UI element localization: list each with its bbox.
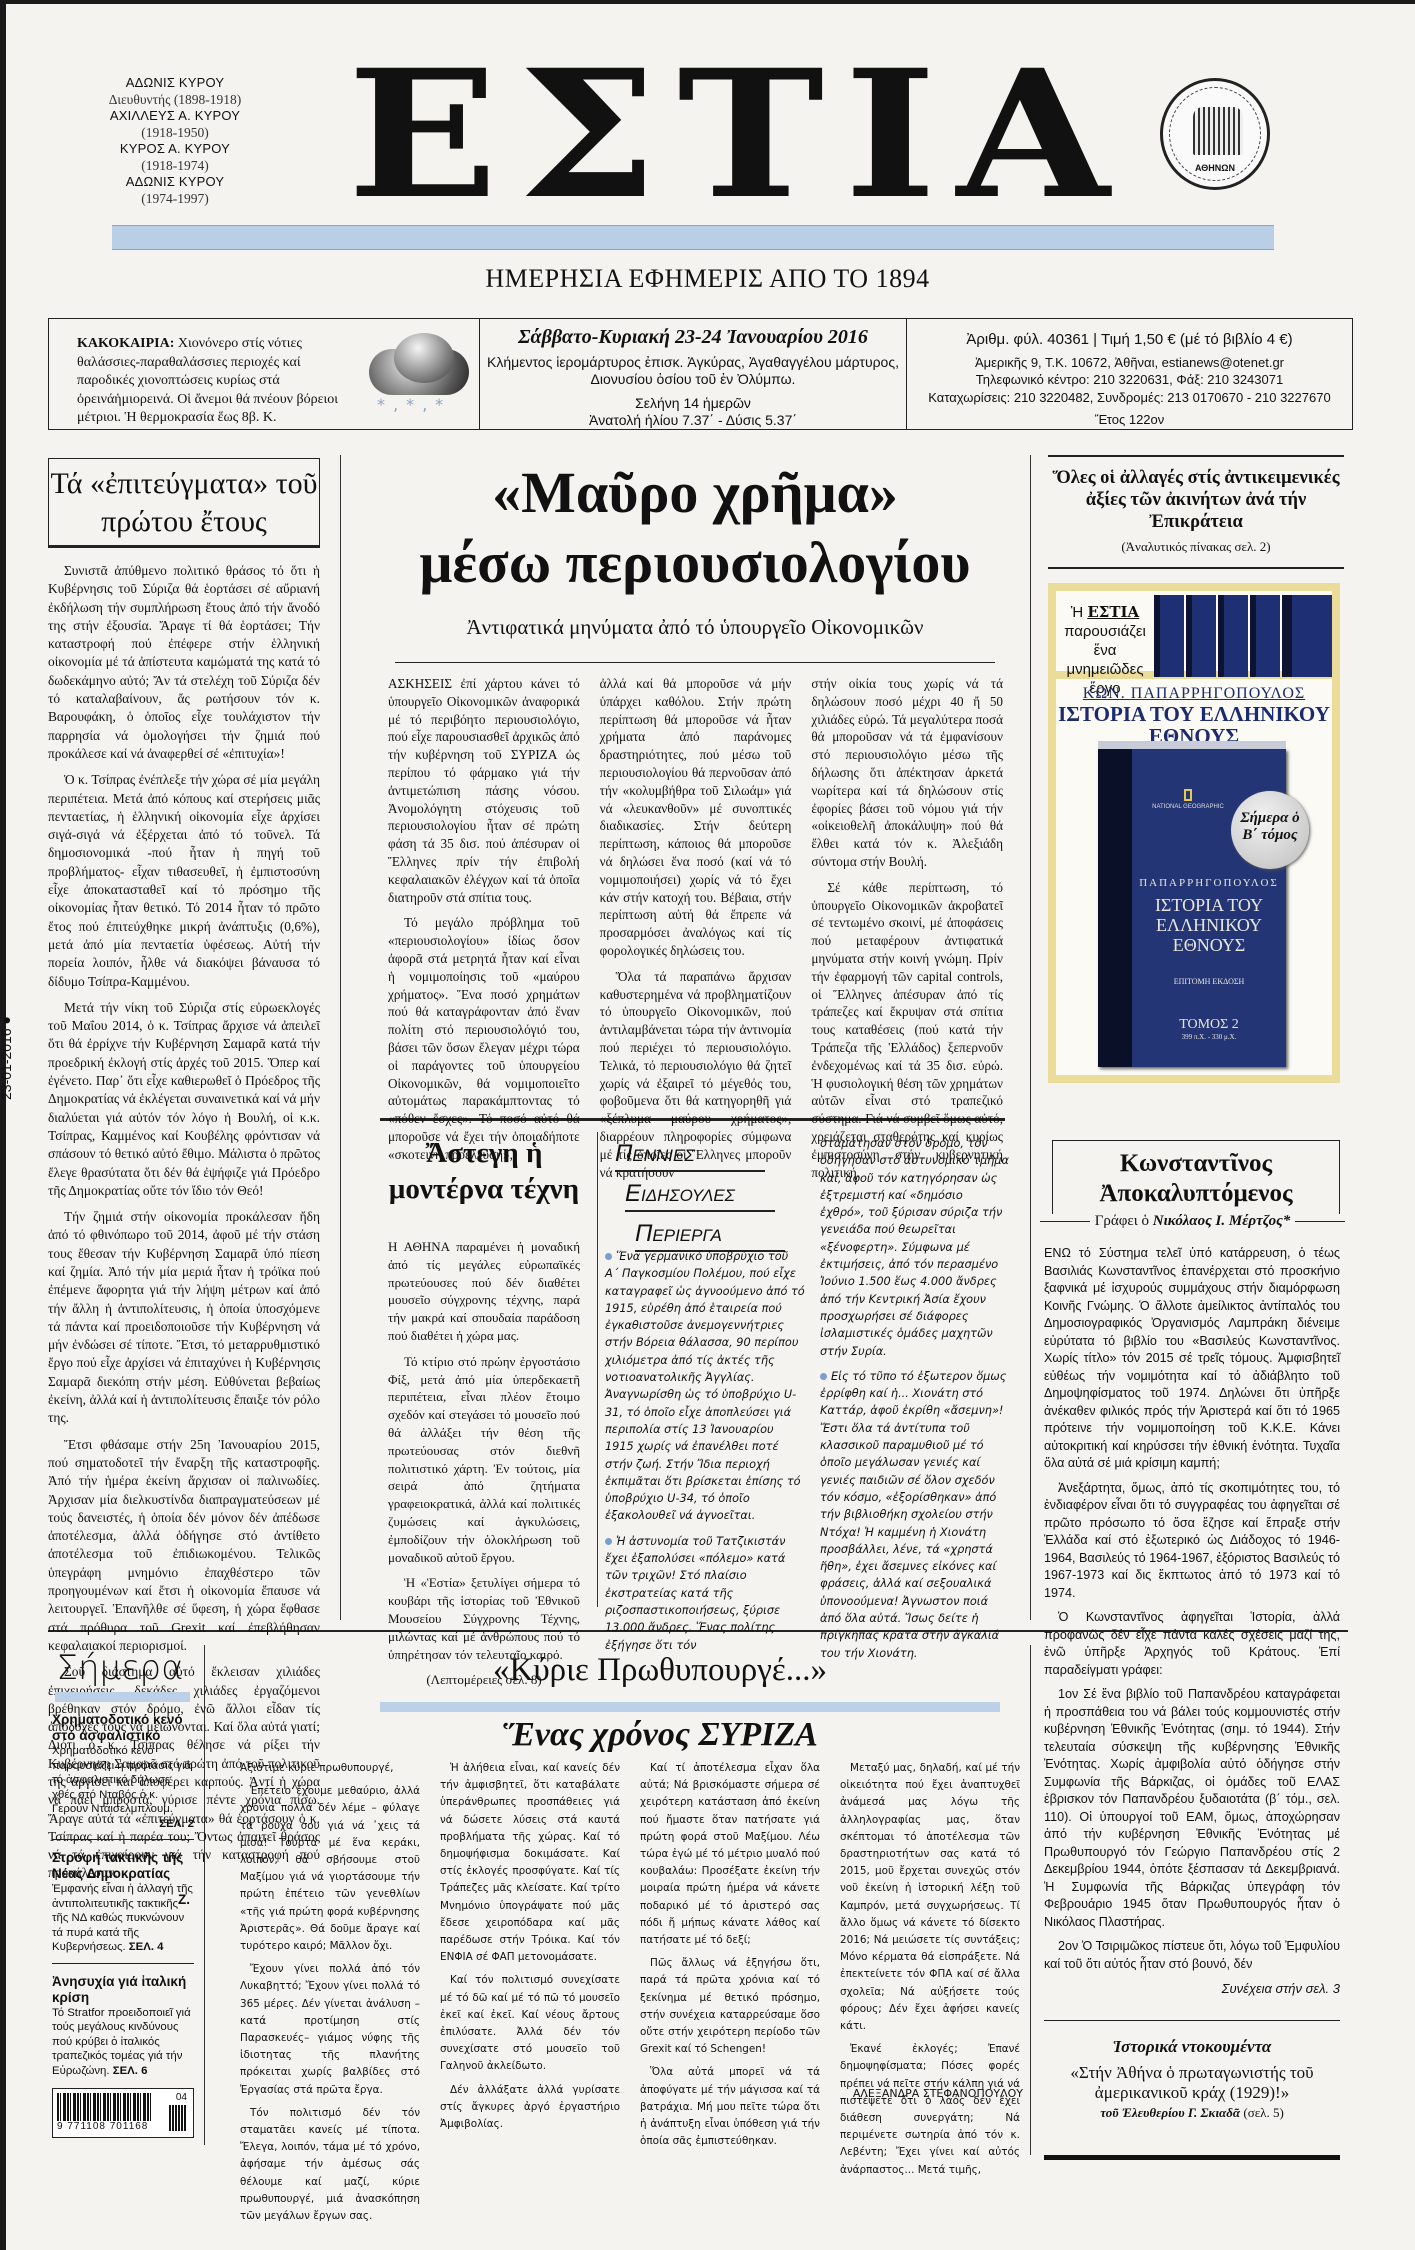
saints-of-day: Κλήμεντος ἱερομάρτυρος ἐπισκ. Ἀγκύρας, Ἀ… <box>480 354 906 388</box>
today-item-page: ΣΕΛ. 4 <box>129 1941 164 1953</box>
today-item-text: Ἐμφανής εἶναι ἡ ἀλλαγή τῆς ἀντιπολιτευτι… <box>52 1883 193 1953</box>
paragraph: Ἐπέτειο ἔχουμε μεθαύριο, ἀλλά χρόνια πολ… <box>240 1783 420 1955</box>
paragraph: 2ον Ὁ Τσιριμῶκος πίστευε ὅτι, λόγω τοῦ Ἐ… <box>1044 1938 1340 1973</box>
paragraph: Τό μεγάλο πρόβλημα τοῦ «περιουσιολογίου»… <box>388 914 580 1163</box>
short-news-header-line: Πεννιες <box>615 1138 765 1172</box>
founder-years: (1918-1950) <box>100 125 250 142</box>
publication-box: Ἀριθμ. φύλ. 40361 | Τιμή 1,50 € (μέ τό β… <box>907 319 1352 429</box>
lead-column: στήν οἰκία τους χωρίς νά τά δηλώσουν ποσ… <box>811 675 1003 1189</box>
historical-label: Ἱστορικά ντοκουμέντα <box>1044 2037 1340 2057</box>
paragraph: Μεταξύ μας, δηλαδή, καί μέ τήν οἰκειότητ… <box>840 1760 1020 2035</box>
promo-brand: ΕΣΤΙΑ <box>1087 603 1139 621</box>
byline-pre: Γράφει ὁ <box>1095 1213 1149 1229</box>
opinion-body: ΕΝΩ τό Σύστημα τελεῖ ὑπό κατάρρευση, ὁ τ… <box>1044 1245 1340 1998</box>
weather-text: ΚΑΚΟΚΑΙΡΙΑ: Χιονόνερο στίς νότιες θαλάσσ… <box>77 335 347 419</box>
volume-number: ΤΟΜΟΣ 2 <box>1179 1017 1239 1032</box>
founder-years: (1974-1997) <box>100 191 250 208</box>
paragraph: ΑΣΚΗΣΕΙΣ ἐπί χάρτου κάνει τό ὑπουργεῖο Ο… <box>388 675 580 906</box>
date-box: Σάββατο-Κυριακή 23-24 Ἰανουαρίου 2016 Κλ… <box>479 319 907 429</box>
paragraph: στήν οἰκία τους χωρίς νά τά δηλώσουν ποσ… <box>811 675 1003 871</box>
paragraph: Τήν ζημιά στήν οἰκονομία προκάλεσαν ἤδη … <box>48 1208 320 1428</box>
paragraph: Ὁ κ. Τσίπρας ἐνέπλεξε τήν χώρα σέ μία με… <box>48 771 320 991</box>
paragraph: Καί τί ἀποτέλεσμα εἶχαν ὅλα αὐτά; Νά βρι… <box>640 1760 820 1949</box>
sun-times: Ἀνατολή ἡλίου 7.37΄ - Δύσις 5.37΄ <box>480 412 906 429</box>
opinion-title[interactable]: Κωνσταντῖνος Ἀποκαλυπτόμενος <box>1052 1140 1340 1214</box>
coin-emblem-icon: ΑΘΗΝΩΝ <box>1160 78 1270 190</box>
page-ref: (σελ. 5) <box>1243 2105 1283 2120</box>
address: Ἀμερικῆς 9, Τ.Κ. 10672, Ἀθῆναι, estianew… <box>907 354 1352 372</box>
short-news-header-line: Περιεργα <box>635 1218 785 1252</box>
paragraph: Η ΑΘΗΝΑ παραμένει ἡ μοναδική ἀπό τίς μεγ… <box>388 1238 580 1345</box>
today-item-title: Χρηματοδοτικό κενό στό ἀσφαλιστικό <box>52 1712 194 1744</box>
today-item-text: Χρηματοδοτικό κενό παρουσιάζει ἡ πρότασι… <box>52 1744 194 1817</box>
historical-documents[interactable]: Ἱστορικά ντοκουμέντα «Στήν Ἀθήνα ὁ πρωτα… <box>1044 2037 1340 2121</box>
lead-headline-line1: «Μαῦρο χρῆμα» <box>360 458 1030 528</box>
publisher-logo: NATIONAL GEOGRAPHIC <box>1148 789 1228 810</box>
founder-name: ΚΥΡΟΣ Α. ΚΥΡΟΥ <box>100 141 250 158</box>
book-promo[interactable]: Ἡ ΕΣΤΙΑπαρουσιάζει ἕνα μνημειῶδες ἔργο Κ… <box>1048 583 1340 1083</box>
today-volume-badge: Σήμερα ὁ Β΄ τόμος <box>1231 791 1309 869</box>
letter-column: Ἀξιότιμε κύριε πρωθυπουργέ, Ἐπέτειο ἔχου… <box>240 1760 420 2231</box>
letter-body: Ἀξιότιμε κύριε πρωθυπουργέ, Ἐπέτειο ἔχου… <box>240 1760 1020 2231</box>
snow-cloud-icon: *‚*‚* <box>359 329 467 419</box>
short-news-item: Εἰς τό τῦπο τό ἐξωτερον ὅμως ἐρρίφθη καί… <box>820 1368 1010 1662</box>
coin-label: ΑΘΗΝΩΝ <box>1163 163 1267 173</box>
paragraph: Τό κτίριο στό πρώην ἐργοστάσιο Φίξ, μετά… <box>388 1353 580 1567</box>
lead-column: ΑΣΚΗΣΕΙΣ ἐπί χάρτου κάνει τό ὑπουργεῖο Ο… <box>388 675 580 1189</box>
column-divider <box>340 455 341 1620</box>
column-divider <box>1030 1645 1031 2155</box>
teaser-ref: (Ἀναλυτικός πίνακας σελ. 2) <box>1048 539 1344 555</box>
cover-title: ΙΣΤΟΡΙΑ ΤΟΥ ΕΛΛΗΝΙΚΟΥ ΕΘΝΟΥΣ <box>1132 895 1286 955</box>
paragraph: Συνιστᾶ ἀπύθμενο πολιτικό θράσος τό ὅτι … <box>48 562 320 763</box>
barcode: 9 771108 701168 04 <box>52 2088 194 2138</box>
continued-link[interactable]: Συνέχεια στήν σελ. 3 <box>1044 1980 1340 1998</box>
founder-name: ΑΔΩΝΙΣ ΚΥΡΟΥ <box>100 174 250 191</box>
section-rule <box>1044 2020 1340 2021</box>
tagline: ΗΜΕΡΗΣΙΑ ΕΦΗΜΕΡΙΣ ΑΠΟ ΤΟ 1894 <box>0 264 1415 294</box>
left-article-body: Συνιστᾶ ἀπύθμενο πολιτικό θράσος τό ὅτι … <box>48 562 320 1909</box>
short-news-item: Ἕνα γερμανικό ὑποβρύχιο τοῦ Α΄ Παγκοσμίο… <box>605 1248 805 1525</box>
cover-edition: ΕΠΙΤΟΜΗ ΕΚΔΟΣΗ <box>1132 977 1286 986</box>
issue-date: Σάββατο-Κυριακή 23-24 Ἰανουαρίου 2016 <box>480 329 906 346</box>
today-item-title: Ἀνησυχία γιά ἰταλική κρίση <box>52 1974 194 2006</box>
today-item-page: ΣΕΛ. 2 <box>52 1817 194 1832</box>
author-name: τοῦ Ἐλευθερίου Γ. Σκιαδᾶ <box>1100 2105 1240 2120</box>
letter-column: Ἡ ἀλήθεια εἶναι, καί κανείς δέν τήν ἀμφι… <box>440 1760 620 2231</box>
paragraph: ΕΝΩ τό Σύστημα τελεῖ ὑπό κατάρρευση, ὁ τ… <box>1044 1245 1340 1473</box>
issue-price: Ἀριθμ. φύλ. 40361 | Τιμή 1,50 € (μέ τό β… <box>907 331 1352 349</box>
letter-column: Μεταξύ μας, δηλαδή, καί μέ τήν οἰκειότητ… <box>840 1760 1020 2231</box>
today-list: Χρηματοδοτικό κενό στό ἀσφαλιστικό Χρημα… <box>52 1712 194 2096</box>
lead-headline[interactable]: «Μαῦρο χρῆμα» μέσω περιουσιολογίου <box>360 458 1030 598</box>
founders-list: ΑΔΩΝΙΣ ΚΥΡΟΥ Διευθυντής (1898-1918) ΑΧΙΛ… <box>100 75 250 207</box>
short-news-header: Πεννιες Ειδησουλες Περιεργα <box>615 1138 795 1258</box>
short-news-item: Ἡ ἀστυνομία τοῦ Τατζικιστάν ἔχει ἐξαπολύ… <box>605 1533 805 1654</box>
paragraph: Δέν ἀλλάξατε ἀλλά γυρίσατε στίς ἄγκυρες … <box>440 2082 620 2134</box>
side-date-text: 23-01-2016 ● <box>0 1016 14 1100</box>
bullet-icon <box>820 1373 827 1380</box>
founder-years: (1918-1974) <box>100 158 250 175</box>
short-news-column: Ἕνα γερμανικό ὑποβρύχιο τοῦ Α΄ Παγκοσμίο… <box>605 1248 805 1662</box>
paragraph: Ὅλα αὐτά μπορεῖ νά τά ἀποφύγατε μέ τήν μ… <box>640 2064 820 2150</box>
paragraph: Ἐκανέ ἐκλογές; Ἐπανέ δημοψηφίσματα; Πόσε… <box>840 2041 1020 2179</box>
paragraph: Καί τόν πολιτισμό συνεχίσατε μέ τό δῶ κα… <box>440 1972 620 2075</box>
paragraph: ἀλλά καί θά μποροῦσε νά μήν ὑπάρχει καθό… <box>600 675 792 960</box>
opinion-byline: Γράφει ὁ Νικόλαος Ι. Μέρτζος* <box>1040 1213 1345 1230</box>
today-rule <box>55 1692 190 1702</box>
today-item[interactable]: Στροφή τακτικῆς τῆς Νέας Δημοκρατίας Ἐμφ… <box>52 1850 194 1964</box>
publication-year: Ἔτος 122ον <box>907 411 1352 429</box>
letter-column: Καί τί ἀποτέλεσμα εἶχαν ὅλα αὐτά; Νά βρι… <box>640 1760 820 2231</box>
today-title: Σήμερα <box>50 1648 190 1688</box>
today-item[interactable]: Ἀνησυχία γιά ἰταλική κρίση Τό Stratfor π… <box>52 1974 194 2087</box>
founder-name: ΑΔΩΝΙΣ ΚΥΡΟΥ <box>100 75 250 92</box>
paragraph: Τόν πολιτισμό δέν τόν σταματᾶει κανείς μ… <box>240 2105 420 2225</box>
phone: Τηλεφωνικό κέντρο: 210 3220631, Φάξ: 210… <box>907 371 1352 389</box>
ads-contact: Καταχωρίσεις: 210 3220482, Συνδρομές: 21… <box>907 389 1352 407</box>
paragraph: Ὁ Κωνσταντῖνος ἀφηγεῖται Ἱστορία, ἀλλά π… <box>1044 1609 1340 1679</box>
paragraph: Πῶς ἄλλως νά ἐξηγήσω ὅτι, παρά τά πρῶτα … <box>640 1955 820 2058</box>
lead-subtitle: Ἀντιφατικά μηνύματα ἀπό τό ὑπουργεῖο Οἰκ… <box>360 615 1030 640</box>
bullet-icon <box>605 1538 612 1545</box>
paragraph: 1ον Σέ ἕνα βιβλίο τοῦ Παπανδρέου καταγρά… <box>1044 1686 1340 1931</box>
weather-label: ΚΑΚΟΚΑΙΡΙΑ: <box>77 336 174 351</box>
publisher-name: NATIONAL GEOGRAPHIC <box>1152 804 1224 810</box>
today-item-page: ΣΕΛ. 6 <box>113 2065 148 2077</box>
paragraph: Μετά τήν νίκη τοῦ Σύριζα στίς εὐρωεκλογέ… <box>48 999 320 1200</box>
promo-intro: Ἡ ΕΣΤΙΑπαρουσιάζει ἕνα μνημειῶδες ἔργο <box>1056 591 1154 671</box>
today-item-title: Στροφή τακτικῆς τῆς Νέας Δημοκρατίας <box>52 1850 194 1882</box>
lead-column: ἀλλά καί θά μποροῦσε νά μήν ὑπάρχει καθό… <box>600 675 792 1189</box>
newspaper-logo[interactable]: ΕΣΤΙΑ <box>285 60 1192 210</box>
short-news-text: σταμάτησαν στόν δρόμο, τόν ὁδήγησαν στό … <box>820 1135 1010 1360</box>
barcode-bars <box>57 2093 151 2121</box>
masthead-rule <box>112 225 1274 250</box>
paragraph: Ἡ «Ἑστία» ξετυλίγει σήμερα τό κουβάρι τῆ… <box>388 1574 580 1663</box>
historical-title: «Στήν Ἀθήνα ὁ πρωταγωνιστής τοῦ ἀμερικαν… <box>1044 2063 1340 2103</box>
short-news-text: Ἡ ἀστυνομία τοῦ Τατζικιστάν ἔχει ἐξαπολύ… <box>605 1535 785 1652</box>
lead-headline-line2: μέσω περιουσιολογίου <box>360 528 1030 598</box>
letter-rule <box>380 1702 1000 1712</box>
bottom-rule <box>1044 2155 1340 2160</box>
paragraph: Ἀνεξάρτητα, ὅμως, ἀπό τίς σκοπιμότητες τ… <box>1044 1480 1340 1603</box>
cover-author: ΠΑΠΑΡΡΗΓΟΠΟΥΛΟΣ <box>1132 877 1286 889</box>
short-news-text: Ἕνα γερμανικό ὑποβρύχιο τοῦ Α΄ Παγκοσμίο… <box>605 1250 805 1522</box>
side-date: 23-01-2016 ● <box>6 1000 26 1120</box>
paragraph: Ἔτσι φθάσαμε στήν 25η Ἰανουαρίου 2015, π… <box>48 1436 320 1656</box>
column-divider <box>1030 455 1031 1620</box>
short-news-column: σταμάτησαν στόν δρόμο, τόν ὁδήγησαν στό … <box>820 1135 1010 1670</box>
founder-years: Διευθυντής (1898-1918) <box>100 92 250 109</box>
byline-author: Νικόλαος Ι. Μέρτζος* <box>1153 1213 1291 1229</box>
historical-author: τοῦ Ἐλευθερίου Γ. Σκιαδᾶ (σελ. 5) <box>1044 2105 1340 2121</box>
promo-intro-pre: Ἡ <box>1071 604 1083 621</box>
weather-box: ΚΑΚΟΚΑΙΡΙΑ: Χιονόνερο στίς νότιες θαλάσσ… <box>49 319 479 429</box>
short-news-header-line: Ειδησουλες <box>625 1178 775 1212</box>
column-divider <box>597 1132 598 1607</box>
letter-kicker: «Κύριε Πρωθυπουργέ...» <box>300 1652 1020 1689</box>
lead-rule <box>395 662 995 663</box>
cover-volume: ΤΟΜΟΣ 2399 π.Χ. - 330 μ.Χ. <box>1132 1017 1286 1041</box>
book-set-icon <box>1154 591 1332 671</box>
paragraph: Ἡ ἀλήθεια εἶναι, καί κανείς δέν τήν ἀμφι… <box>440 1760 620 1966</box>
volume-range: 399 π.Χ. - 330 μ.Χ. <box>1132 1033 1286 1041</box>
art-article-title[interactable]: Ἄστεγη ἡ μοντέρνα τέχνη <box>388 1135 580 1207</box>
letter-title[interactable]: Ἕνας χρόνος ΣΥΡΙΖΑ <box>300 1716 1020 1754</box>
lead-body: ΑΣΚΗΣΕΙΣ ἐπί χάρτου κάνει τό ὑπουργεῖο Ο… <box>388 675 1003 1189</box>
today-item[interactable]: Χρηματοδοτικό κενό στό ἀσφαλιστικό Χρημα… <box>52 1712 194 1840</box>
paragraph: Ἔχουν γίνει πολλά ἀπό τόν Λυκαβηττό; Ἔχο… <box>240 1961 420 2099</box>
paragraph: Ἀξιότιμε κύριε πρωθυπουργέ, <box>240 1760 420 1777</box>
moon-phase: Σελήνη 14 ἡμερῶν <box>480 395 906 412</box>
art-article-body: Η ΑΘΗΝΑ παραμένει ἡ μοναδική ἀπό τίς μεγ… <box>388 1238 580 1689</box>
barcode-addon: 04 <box>176 2092 187 2103</box>
info-bar: ΚΑΚΟΚΑΙΡΙΑ: Χιονόνερο στίς νότιες θαλάσσ… <box>48 318 1353 430</box>
short-news-text: Εἰς τό τῦπο τό ἐξωτερον ὅμως ἐρρίφθη καί… <box>820 1370 1006 1660</box>
bullet-icon <box>605 1253 612 1260</box>
teaser-title: Ὅλες οἱ ἀλλαγές στίς ἀντικειμενικές ἀξίε… <box>1048 467 1344 533</box>
property-values-teaser[interactable]: Ὅλες οἱ ἀλλαγές στίς ἀντικειμενικές ἀξίε… <box>1048 455 1344 569</box>
founder-name: ΑΧΙΛΛΕΥΣ Α. ΚΥΡΟΥ <box>100 108 250 125</box>
left-article-title[interactable]: Τά «ἐπιτεύγματα» τοῦ πρώτου ἔτους <box>48 458 320 548</box>
letter-signature: ΑΛΕΞΑΝΔΡΑ ΣΤΕΦΑΝΟΠΟΥΛΟΥ <box>793 2087 1023 2100</box>
